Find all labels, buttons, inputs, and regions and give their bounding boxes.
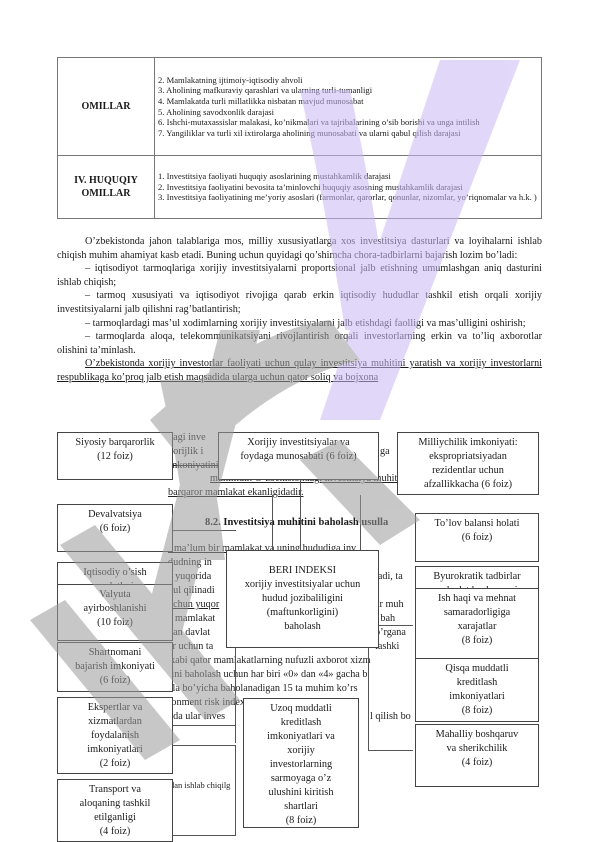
box-line: xorijiy investitsiyalar uchun [227, 578, 378, 592]
connector-line [170, 725, 235, 726]
table-item: 5. Aholining savodxonlik darajasi [158, 107, 538, 118]
text-fragment: rini baholash uchun har biri «0» dan «4»… [168, 668, 367, 682]
factor-box-transport: Transport va aloqaning tashkil etilganli… [57, 779, 173, 842]
factor-box-mahalliy: Mahalliy boshqaruv va sherikchilik (4 fo… [415, 724, 539, 787]
box-line: xarajatlar [416, 620, 538, 634]
factors-table: OMILLAR 2. Mamlakatning ijtimoiy-iqtisod… [57, 57, 542, 219]
box-line: etilganligi [58, 811, 172, 825]
factor-box-siyosiy: Siyosiy barqarorlik (12 foiz) [57, 432, 173, 480]
text-fragment: dagi inve [168, 431, 206, 445]
factor-box-tolov-balansi: To’lov balansi holati (6 foiz) [415, 513, 539, 562]
text-fragment: dan ishlab chiqilg [170, 779, 230, 793]
box-line: Iqtisodiy o’sish [58, 566, 172, 580]
box-line: (6 foiz) [58, 674, 172, 688]
paragraph: – tarmoq xususiyati va iqtisodiyot rivoj… [57, 289, 542, 316]
box-line: (8 foiz) [416, 634, 538, 648]
connector-line [170, 530, 236, 531]
box-line: (2 foiz) [58, 757, 172, 771]
table-item: 1. Investitsiya faoliyati huquqiy asosla… [158, 171, 538, 182]
text-fragment: a yuqorida [168, 570, 211, 584]
table-item: 3. Aholining mafkuraviy qarashlari va ul… [158, 85, 538, 96]
factor-box-ekspertlar: Ekspertlar va xizmatlardan foydalanish i… [57, 697, 173, 774]
text-fragment: ala bo’yicha baholanadigan 15 ta muhim k… [168, 682, 358, 696]
document-page: OMILLAR 2. Mamlakatning ijtimoiy-iqtisod… [0, 0, 596, 842]
table-items-cell: 1. Investitsiya faoliyati huquqiy asosla… [155, 156, 542, 219]
text-fragment: o’rgana [375, 626, 406, 640]
table-item: 7. Yangiliklar va turli xil ixtirolarga … [158, 128, 538, 139]
factor-box-xorijiy-foyda: Xorijiy investitsiyalar va foydaga munos… [218, 432, 379, 480]
text-fragment: dudning in [168, 556, 212, 570]
box-line: imkoniyatlari va [244, 730, 358, 744]
box-line: sarmoyaga o’z [244, 772, 358, 786]
factor-box-valyuta: Valyuta ayirboshlanishi (10 foiz) [57, 584, 173, 641]
text-fragment: ar muh [375, 598, 404, 612]
table-item: 3. Investitsiya faoliyatining me’yoriy a… [158, 192, 538, 203]
beri-index-center-box: BERI INDEKSI xorijiy investitsiyalar uch… [226, 550, 379, 648]
table-items-cell: 2. Mamlakatning ijtimoiy-iqtisodiy ahvol… [155, 58, 542, 156]
text-fragment: mamlakat [175, 612, 215, 626]
box-line: Valyuta [58, 588, 172, 602]
box-line: samaradorligiga [416, 606, 538, 620]
box-line: afzallikkacha (6 foiz) [398, 478, 538, 492]
box-line: To’lov balansi holati [416, 517, 538, 531]
box-line: va sherikchilik [416, 742, 538, 756]
box-line: xizmatlardan [58, 715, 172, 729]
factor-box-devalvatsiya: Devalvatsiya (6 foiz) [57, 504, 173, 552]
box-line: (maftunkorligini) [227, 606, 378, 620]
paragraph: O’zbekistonda jahon talablariga mos, mil… [57, 235, 542, 262]
paragraph: – tarmoqlardagi mas’ul xodimlarning xori… [57, 317, 542, 331]
box-line: ayirboshlanishi [58, 602, 172, 616]
table-row: OMILLAR 2. Mamlakatning ijtimoiy-iqtisod… [58, 58, 542, 156]
box-line: Milliychilik imkoniyati: [398, 436, 538, 450]
box-line: (8 foiz) [416, 704, 538, 718]
box-line: Ish haqi va mehnat [416, 592, 538, 606]
box-line: investorlarning [244, 758, 358, 772]
text-fragment: kabi qator mamlakatlarning nufuzli axbor… [170, 654, 371, 668]
box-line: hudud jozibaliligini [227, 592, 378, 606]
text-fragment: korijlik i [168, 445, 203, 459]
box-line: Xorijiy investitsiyalar va [219, 436, 378, 450]
connector-line [170, 835, 236, 836]
box-line: Shartnomani [58, 646, 172, 660]
table-category-cell: OMILLAR [58, 58, 155, 156]
box-line: (10 foiz) [58, 616, 172, 630]
connector-line [170, 745, 235, 746]
text-fragment: barqaror mamlakat ekanligidadir. [168, 486, 304, 500]
text-fragment: uchun yuqor [168, 598, 219, 612]
text-fragment: ga [380, 445, 390, 459]
box-line: aloqaning tashkil [58, 797, 172, 811]
paragraph: O’zbekistonda xorijiy investorlar faoliy… [57, 357, 542, 384]
box-line: ulushini kiritish [244, 786, 358, 800]
text-fragment: ar uchun ta [168, 640, 213, 654]
table-category-cell: IV. HUQUQIY OMILLAR [58, 156, 155, 219]
box-line: Byurokratik tadbirlar [416, 570, 538, 584]
box-line: Ekspertlar va [58, 701, 172, 715]
text-fragment: gan davlat [168, 626, 210, 640]
box-line: (8 foiz) [244, 814, 358, 828]
table-item: 4. Mamlakatda turli millatlikka nisbatan… [158, 96, 538, 107]
box-line: bajarish imkoniyati [58, 660, 172, 674]
box-line: shartlari [244, 800, 358, 814]
center-box-title: BERI INDEKSI [227, 564, 378, 578]
text-fragment: l qilish bo [370, 710, 411, 724]
body-text: O’zbekistonda jahon talablariga mos, mil… [57, 235, 542, 385]
factor-box-shartnoma: Shartnomani bajarish imkoniyati (6 foiz) [57, 642, 173, 692]
table-item: 6. Ishchi-mutaxassislar malakasi, ko’nik… [158, 117, 538, 128]
box-line: Devalvatsiya [58, 508, 172, 522]
box-line: Transport va [58, 783, 172, 797]
box-line: Mahalliy boshqaruv [416, 728, 538, 742]
table-item: 2. Investitsiya faoliyatini bevosita ta’… [158, 182, 538, 193]
box-line: Uzoq muddatli [244, 702, 358, 716]
connector-line [368, 750, 413, 751]
factor-box-uzoq-muddatli: Uzoq muddatli kreditlash imkoniyatlari v… [243, 698, 359, 828]
box-line: foydalanish [58, 729, 172, 743]
table-row: IV. HUQUQIY OMILLAR 1. Investitsiya faol… [58, 156, 542, 219]
box-line: xorijiy [244, 744, 358, 758]
box-line: Siyosiy barqarorlik [58, 436, 172, 450]
paragraph: – tarmoqlarda aloqa, telekommunikatsiyan… [57, 330, 542, 357]
factor-box-qisqa-muddatli: Qisqa muddatli kreditlash imkoniyatlari … [415, 658, 539, 722]
box-line: baholash [227, 620, 378, 634]
factor-box-ish-haqi: Ish haqi va mehnat samaradorligiga xaraj… [415, 588, 539, 662]
box-line: foydaga munosabati (6 foiz) [219, 450, 378, 464]
box-line: ekspropriatsiyadan [398, 450, 538, 464]
box-line: (4 foiz) [58, 825, 172, 839]
text-fragment: ladi, ta [375, 570, 403, 584]
factor-box-milliychilik: Milliychilik imkoniyati: ekspropriatsiya… [397, 432, 539, 495]
box-line: imkoniyatlari [416, 690, 538, 704]
box-line: rezidentlar uchun [398, 464, 538, 478]
box-line: kreditlash [244, 716, 358, 730]
table-item: 2. Mamlakatning ijtimoiy-iqtisodiy ahvol… [158, 75, 538, 86]
text-fragment: nda ular inves [168, 710, 225, 724]
text-fragment: bul qilinadi [168, 584, 215, 598]
box-line: (6 foiz) [58, 522, 172, 536]
box-line: (4 foiz) [416, 756, 538, 770]
box-line: kreditlash [416, 676, 538, 690]
connector-line [235, 745, 236, 835]
box-line: (12 foiz) [58, 450, 172, 464]
box-line: (6 foiz) [416, 531, 538, 545]
paragraph: – iqtisodiyot tarmoqlariga xorijiy inves… [57, 262, 542, 289]
box-line: Qisqa muddatli [416, 662, 538, 676]
box-line: imkoniyatlari [58, 743, 172, 757]
